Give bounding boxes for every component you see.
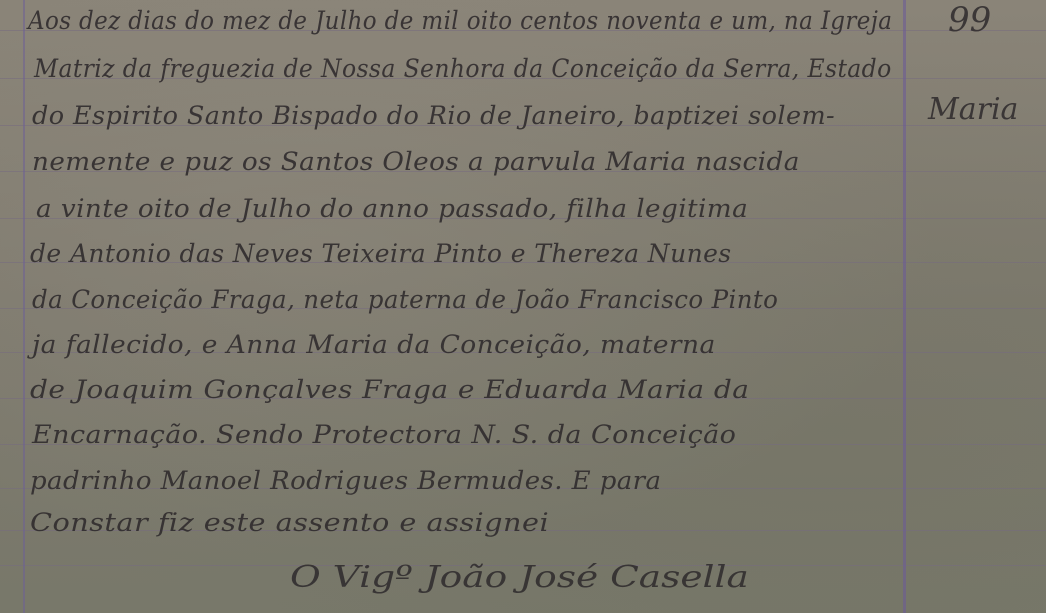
- record-line-1: Aos dez dias do mez de Julho de mil oito…: [28, 6, 892, 35]
- document-scan: 99 Maria Aos dez dias do mez de Julho de…: [0, 0, 1046, 613]
- record-line-11: padrinho Manoel Rodrigues Bermudes. E pa…: [30, 466, 661, 495]
- left-margin-line: [23, 0, 25, 613]
- entry-number: 99: [948, 0, 991, 40]
- record-line-10: Encarnação. Sendo Protectora N. S. da Co…: [32, 420, 736, 449]
- margin-name: Maria: [928, 92, 1018, 127]
- priest-signature: O Vigº João José Casella: [290, 560, 749, 595]
- record-line-7: da Conceição Fraga, neta paterna de João…: [32, 285, 778, 314]
- record-line-5: a vinte oito de Julho do anno passado, f…: [36, 194, 748, 223]
- record-line-8: ja fallecido, e Anna Maria da Conceição,…: [32, 330, 716, 359]
- right-margin-line: [903, 0, 906, 613]
- record-line-3: do Espirito Santo Bispado do Rio de Jane…: [32, 101, 835, 130]
- record-line-12: Constar fiz este assento e assignei: [30, 508, 549, 537]
- record-line-4: nemente e puz os Santos Oleos a parvula …: [32, 147, 800, 176]
- record-line-2: Matriz da freguezia de Nossa Senhora da …: [34, 54, 892, 83]
- record-line-9: de Joaquim Gonçalves Fraga e Eduarda Mar…: [30, 375, 749, 404]
- record-line-6: de Antonio das Neves Teixeira Pinto e Th…: [30, 239, 732, 268]
